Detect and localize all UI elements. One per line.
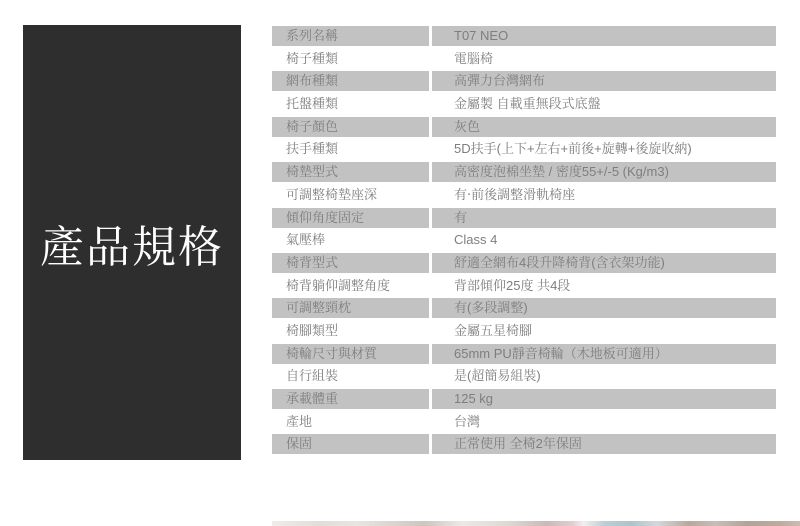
spec-label: 托盤種類	[272, 94, 429, 114]
table-row: 系列名稱 T07 NEO	[272, 26, 776, 46]
spec-value: Class 4	[432, 230, 776, 250]
spec-label: 系列名稱	[272, 26, 429, 46]
spec-value: 有(多段調整)	[432, 298, 776, 318]
table-row: 椅墊型式 高密度泡棉坐墊 / 密度55+/-5 (Kg/m3)	[272, 162, 776, 182]
table-row: 網布種類 高彈力台灣網布	[272, 71, 776, 91]
spec-value: T07 NEO	[432, 26, 776, 46]
table-row: 椅輪尺寸與材質 65mm PU靜音椅輪（木地板可適用）	[272, 344, 776, 364]
spec-label: 椅背型式	[272, 253, 429, 273]
spec-label: 產地	[272, 412, 429, 432]
spec-label: 椅子顏色	[272, 117, 429, 137]
table-row: 保固 正常使用 全椅2年保固	[272, 434, 776, 454]
spec-value: 高密度泡棉坐墊 / 密度55+/-5 (Kg/m3)	[432, 162, 776, 182]
spec-value: 灰色	[432, 117, 776, 137]
spec-label: 椅輪尺寸與材質	[272, 344, 429, 364]
spec-label: 椅子種類	[272, 49, 429, 69]
spec-value: 65mm PU靜音椅輪（木地板可適用）	[432, 344, 776, 364]
table-row: 氣壓棒 Class 4	[272, 230, 776, 250]
table-row: 椅腳類型 金屬五星椅腳	[272, 321, 776, 341]
table-row: 可調整頸枕 有(多段調整)	[272, 298, 776, 318]
table-row: 椅背躺仰調整角度 背部傾仰25度 共4段	[272, 276, 776, 296]
page-title: 產品規格	[40, 211, 224, 275]
spec-value: 高彈力台灣網布	[432, 71, 776, 91]
spec-label: 椅墊型式	[272, 162, 429, 182]
table-row: 托盤種類 金屬製 自載重無段式底盤	[272, 94, 776, 114]
table-row: 自行組裝 是(超簡易組裝)	[272, 366, 776, 386]
table-row: 椅背型式 舒適全網布4段升降椅背(含衣架功能)	[272, 253, 776, 273]
spec-value: 背部傾仰25度 共4段	[432, 276, 776, 296]
spec-label: 傾仰角度固定	[272, 208, 429, 228]
table-row: 承載體重 125 kg	[272, 389, 776, 409]
product-spec-title-panel: 產品規格	[23, 25, 241, 460]
spec-label: 椅腳類型	[272, 321, 429, 341]
spec-label: 椅背躺仰調整角度	[272, 276, 429, 296]
spec-value: 有	[432, 208, 776, 228]
spec-label: 承載體重	[272, 389, 429, 409]
table-row: 可調整椅墊座深 有‧前後調整滑軌椅座	[272, 185, 776, 205]
spec-label: 可調整椅墊座深	[272, 185, 429, 205]
spec-value: 125 kg	[432, 389, 776, 409]
spec-label: 保固	[272, 434, 429, 454]
spec-value: 有‧前後調整滑軌椅座	[432, 185, 776, 205]
spec-value: 金屬五星椅腳	[432, 321, 776, 341]
spec-value: 台灣	[432, 412, 776, 432]
spec-value: 正常使用 全椅2年保固	[432, 434, 776, 454]
table-row: 傾仰角度固定 有	[272, 208, 776, 228]
spec-label: 可調整頸枕	[272, 298, 429, 318]
spec-table: 系列名稱 T07 NEO 椅子種類 電腦椅 網布種類 高彈力台灣網布 托盤種類 …	[272, 26, 776, 457]
spec-label: 氣壓棒	[272, 230, 429, 250]
spec-label: 扶手種類	[272, 139, 429, 159]
photo-edge-strip	[272, 521, 800, 526]
spec-value: 5D扶手(上下+左右+前後+旋轉+後旋收納)	[432, 139, 776, 159]
spec-value: 金屬製 自載重無段式底盤	[432, 94, 776, 114]
spec-label: 自行組裝	[272, 366, 429, 386]
table-row: 扶手種類 5D扶手(上下+左右+前後+旋轉+後旋收納)	[272, 139, 776, 159]
spec-value: 舒適全網布4段升降椅背(含衣架功能)	[432, 253, 776, 273]
table-row: 椅子顏色 灰色	[272, 117, 776, 137]
table-row: 產地 台灣	[272, 412, 776, 432]
spec-value: 電腦椅	[432, 49, 776, 69]
spec-value: 是(超簡易組裝)	[432, 366, 776, 386]
table-row: 椅子種類 電腦椅	[272, 49, 776, 69]
spec-label: 網布種類	[272, 71, 429, 91]
